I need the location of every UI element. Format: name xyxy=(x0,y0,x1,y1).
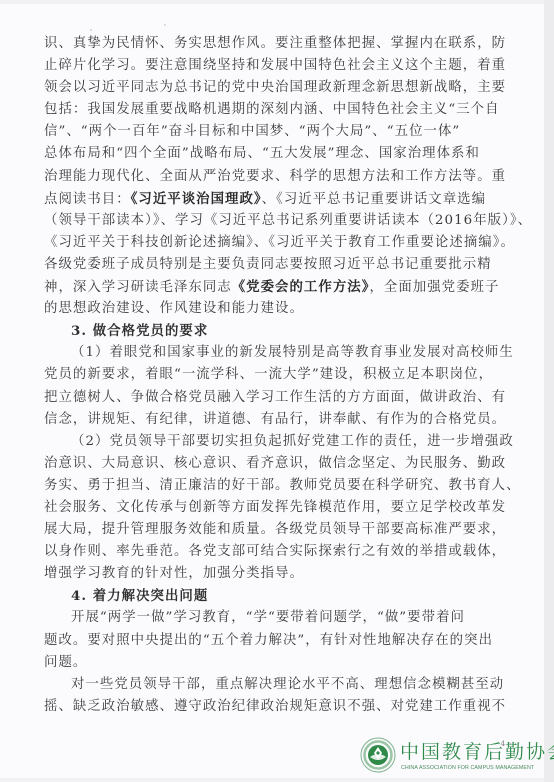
text-line: 领会以习近平同志为总书记的党中央治国理政新理念新思想新战略，主要 xyxy=(44,77,464,99)
text-line: 党员的新要求，着眼“一流学科、一流大学”建设，积极立足本职岗位， xyxy=(44,364,464,386)
text-run: 、《习近平总书记重要讲话文章选编 xyxy=(262,192,486,207)
text-run: ，全面加强党委班子 xyxy=(369,280,499,295)
text-line: 社会服务、文化传承与创新等方面发挥先锋模范作用，要立足学校改革发 xyxy=(44,497,464,519)
association-name-cn: 中国教育后勤协会 xyxy=(400,737,554,764)
document-body: 识、真挚为民情怀、务实思想作风。要注重整体把握、掌握内在联系，防 止碎片化学习。… xyxy=(44,33,464,718)
text-line: （1）着眼党和国家事业的新发展特别是高等教育事业发展对高校师生 xyxy=(44,342,464,364)
text-line: 止碎片化学习。要注意围绕坚持和发展中国特色社会主义这个主题，着重 xyxy=(44,55,464,77)
text-line: （领导干部读本）》、学习《习近平总书记系列重要讲话读本（2016年版）》、 xyxy=(44,210,464,232)
text-line: 展大局，提升管理服务效能和质量。各级党员领导干部要高标准严要求， xyxy=(44,519,464,541)
text-line: 点阅读书目：《习近平谈治国理政》、《习近平总书记重要讲话文章选编 xyxy=(44,188,464,210)
text-line: 信”、“两个一百年”奋斗目标和中国梦、“两个大局”、“五位一体” xyxy=(44,121,464,143)
text-line: 总体布局和“四个全面”战略布局、“五大发展”理念、国家治理体系和 xyxy=(44,143,464,165)
text-line: 对一些党员领导干部，重点解决理论水平不高、理想信念模糊甚至动 xyxy=(44,674,464,696)
text-line: 开展“两学一做”学习教育，“学“要带着问题学，“做”要带着问 xyxy=(44,607,464,629)
section-heading: 3. 做合格党员的要求 xyxy=(44,320,464,342)
text-line: 摇、缺乏政治敏感、遵守政治纪律政治规矩意识不强、对党建工作重视不 xyxy=(44,696,464,718)
text-line: （2）党员领导干部要切实担负起抓好党建工作的责任，进一步增强政 xyxy=(44,431,464,453)
text-line: 问题。 xyxy=(44,652,464,674)
text-line: 识、真挚为民情怀、务实思想作风。要注重整体把握、掌握内在联系，防 xyxy=(44,33,464,55)
text-run: 点阅读书目： xyxy=(44,192,131,207)
text-line: 治理能力现代化、全面从严治党要求、科学的思想方法和工作方法等。重 xyxy=(44,166,464,188)
text-line: 题改。要对照中央提出的“五个着力解决”，有针对性地解决存在的突出 xyxy=(44,630,464,652)
section-heading: 4. 着力解决突出问题 xyxy=(44,585,464,607)
text-line: 以身作则、率先垂范。各党支部可结合实际探索行之有效的举措或载体， xyxy=(44,541,464,563)
watermark-logo: 中国教育后勤协会 CHINA ASSOCIATION FOR CAMPUS MA… xyxy=(358,735,554,779)
text-line: 的思想政治建设、作风建设和能力建设。 xyxy=(44,298,464,320)
book-title: 《习近平谈治国理政》 xyxy=(131,191,262,207)
text-line: 《习近平关于科技创新论述摘编》、《习近平关于教育工作重要论述摘编》。 xyxy=(44,232,464,254)
scan-speck xyxy=(164,24,166,26)
association-name-en: CHINA ASSOCIATION FOR CAMPUS MANAGEMENT xyxy=(401,765,534,771)
page-edge xyxy=(544,0,554,782)
text-line: 把立德树人、争做合格党员融入学习工作生活的方方面面，做讲政治、有 xyxy=(44,387,464,409)
association-emblem-icon xyxy=(360,737,396,773)
text-line: 信念，讲规矩、有纪律，讲道德、有品行，讲奉献、有作为的合格党员。 xyxy=(44,409,464,431)
text-line: 各级党委班子成员特别是主要负责同志要按照习近平总书记重要批示精 xyxy=(44,254,464,276)
text-line: 治意识、大局意识、核心意识、看齐意识，做信念坚定、为民服务、勤政 xyxy=(44,453,464,475)
text-line: 务实、勇于担当、清正廉洁的好干部。教师党员要在科学研究、教书育人、 xyxy=(44,475,464,497)
text-line: 神，深入学习研读毛泽东同志《党委会的工作方法》，全面加强党委班子 xyxy=(44,276,464,298)
text-line: 包括：我国发展重要战略机遇期的深刻内涵、中国特色社会主义“三个自 xyxy=(44,99,464,121)
text-run: 神，深入学习研读毛泽东同志 xyxy=(44,280,232,295)
scan-speck xyxy=(90,29,92,31)
book-title: 《党委会的工作方法》 xyxy=(232,279,370,295)
text-line: 增强学习教育的针对性，加强分类指导。 xyxy=(44,563,464,585)
